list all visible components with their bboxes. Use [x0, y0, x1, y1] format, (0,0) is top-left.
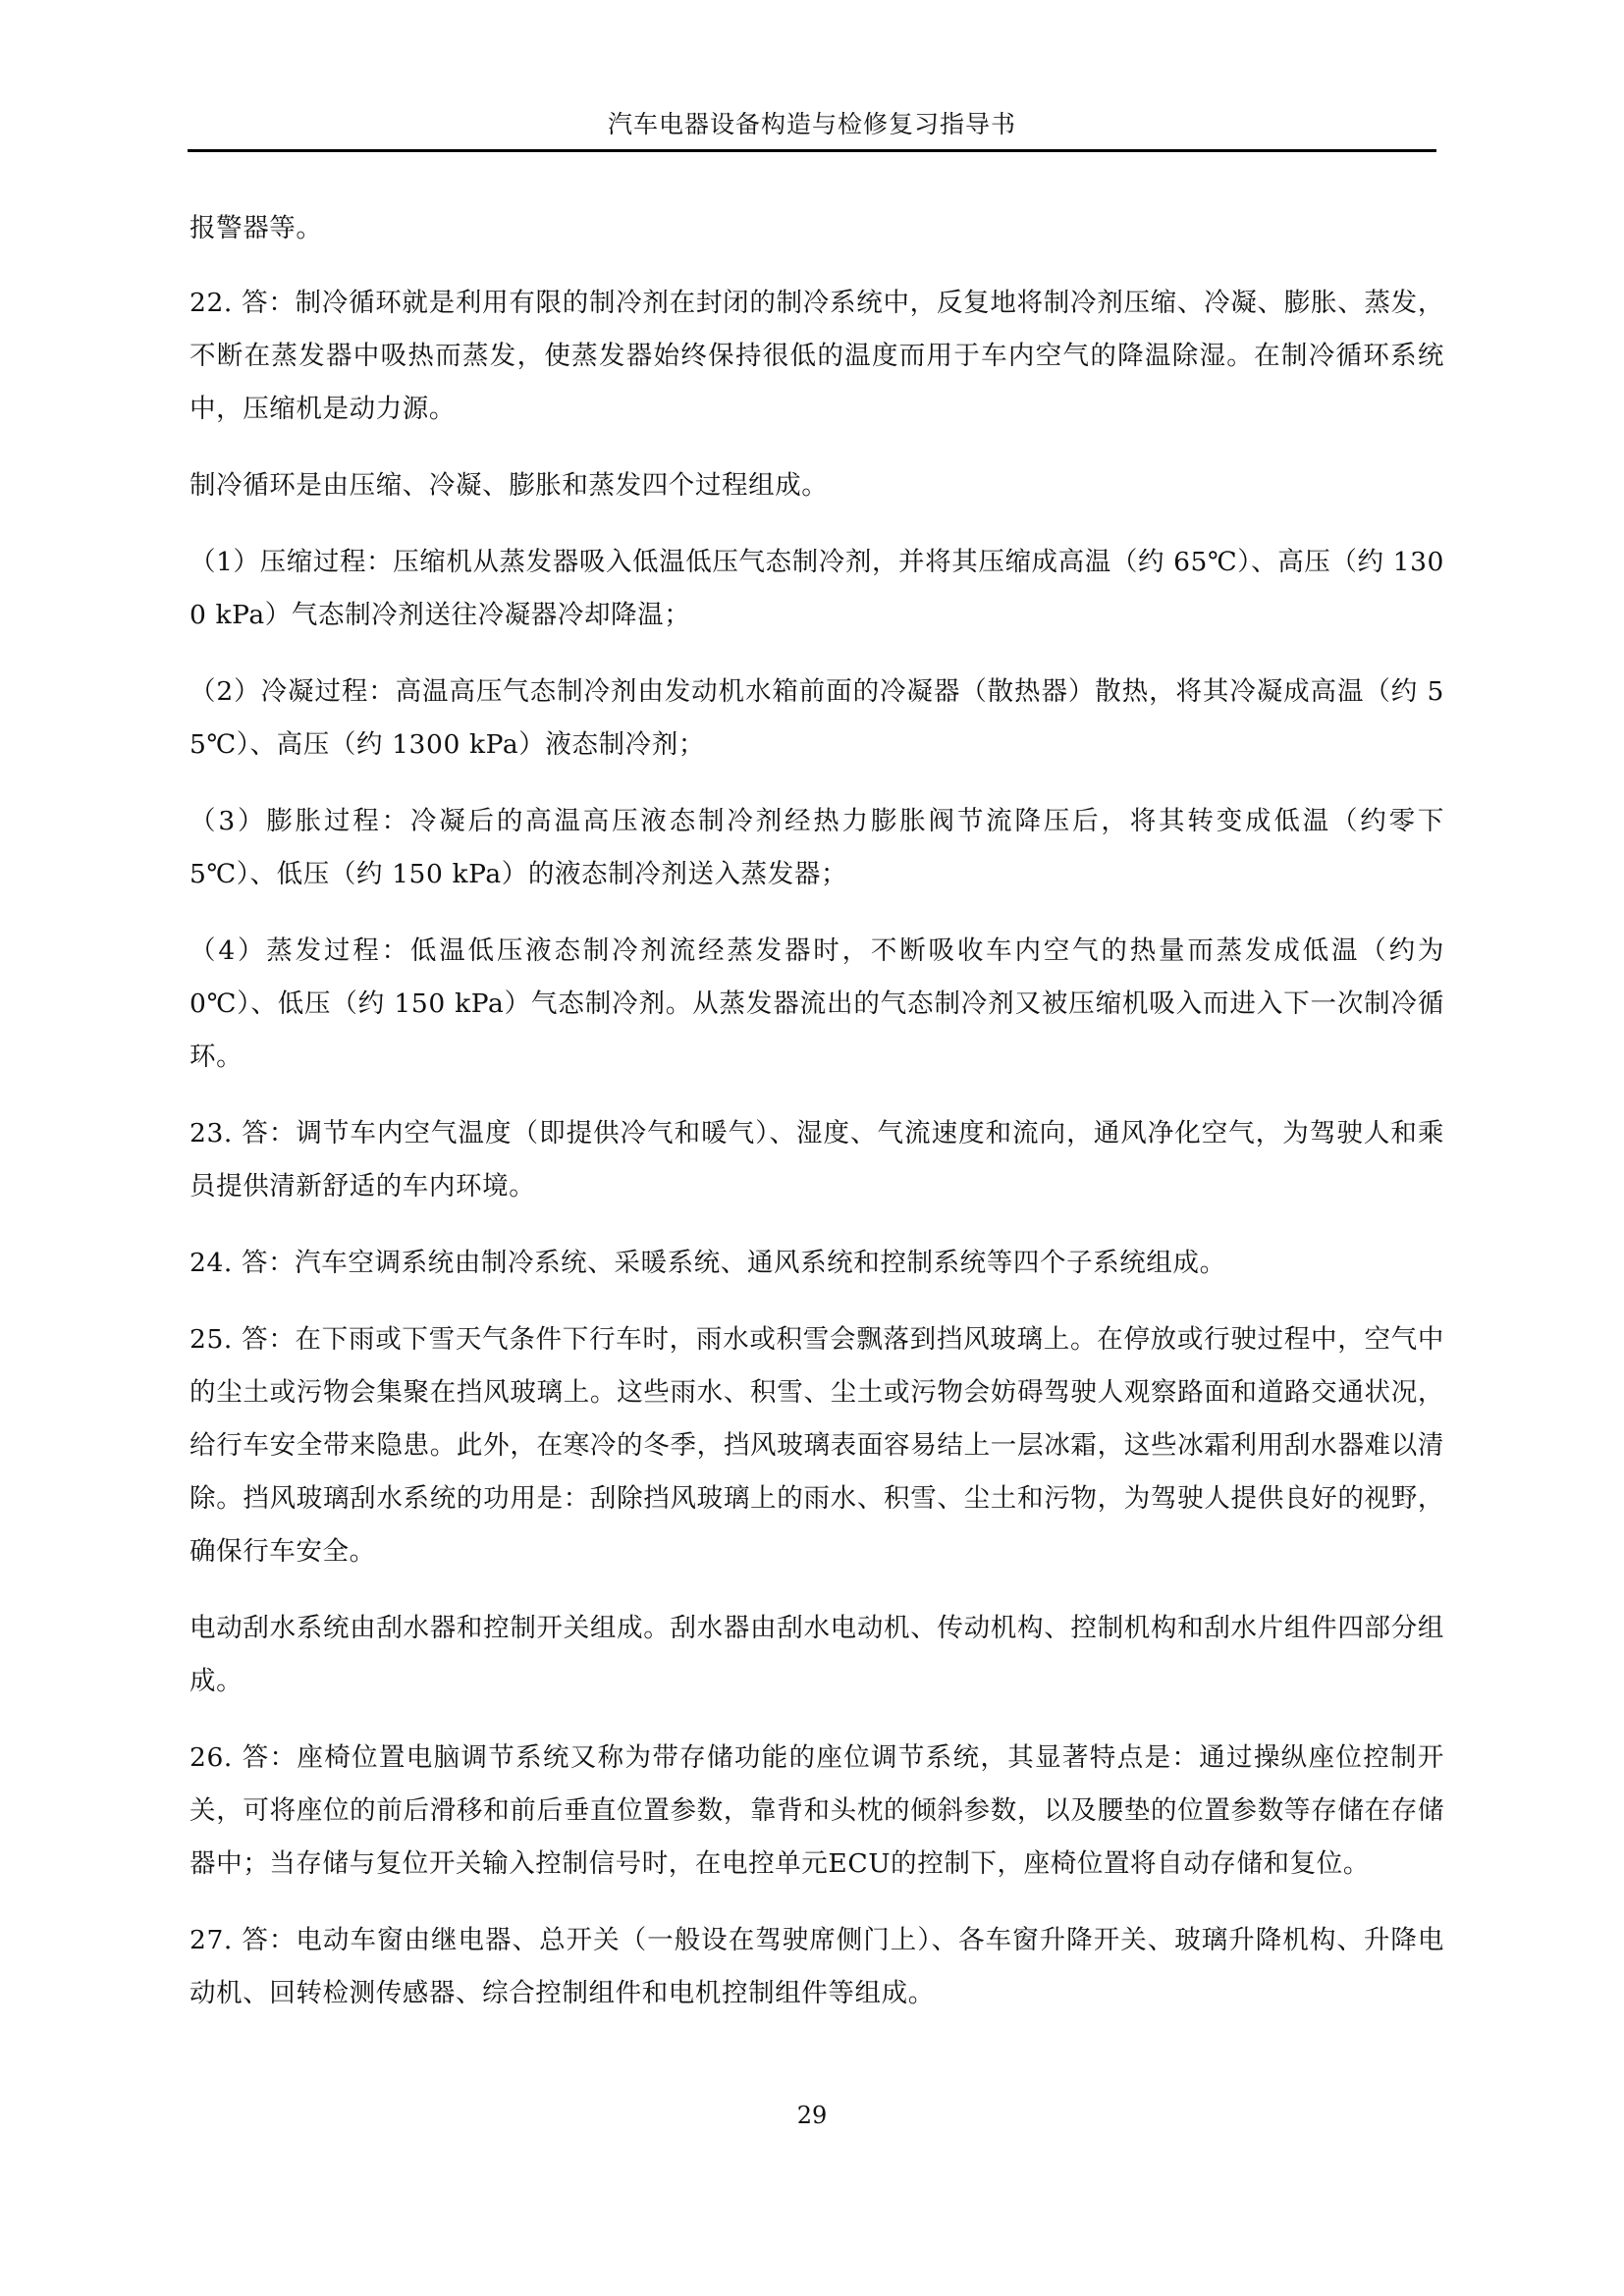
page-body: 报警器等。 22. 答：制冷循环就是利用有限的制冷剂在封闭的制冷系统中，反复地将… [189, 202, 1444, 2044]
answer-22: 22. 答：制冷循环就是利用有限的制冷剂在封闭的制冷系统中，反复地将制冷剂压缩、… [189, 277, 1444, 436]
compression-process: （1）压缩过程：压缩机从蒸发器吸入低温低压气态制冷剂，并将其压缩成高温（约 65… [189, 536, 1444, 642]
answer-26: 26. 答：座椅位置电脑调节系统又称为带存储功能的座位调节系统，其显著特点是：通… [189, 1732, 1444, 1891]
answer-24: 24. 答：汽车空调系统由制冷系统、采暖系统、通风系统和控制系统等四个子系统组成… [189, 1237, 1444, 1290]
answer-25: 25. 答：在下雨或下雪天气条件下行车时，雨水或积雪会飘落到挡风玻璃上。在停放或… [189, 1313, 1444, 1578]
refrigeration-cycle-summary: 制冷循环是由压缩、冷凝、膨胀和蒸发四个过程组成。 [189, 459, 1444, 512]
expansion-process: （3）膨胀过程：冷凝后的高温高压液态制冷剂经热力膨胀阀节流降压后，将其转变成低温… [189, 795, 1444, 901]
wiper-system-composition: 电动刮水系统由刮水器和控制开关组成。刮水器由刮水电动机、传动机构、控制机构和刮水… [189, 1602, 1444, 1708]
evaporation-process: （4）蒸发过程：低温低压液态制冷剂流经蒸发器时，不断吸收车内空气的热量而蒸发成低… [189, 925, 1444, 1084]
answer-27: 27. 答：电动车窗由继电器、总开关（一般设在驾驶席侧门上）、各车窗升降开关、玻… [189, 1914, 1444, 2020]
header-divider [188, 149, 1436, 152]
paragraph-continuation: 报警器等。 [189, 202, 1444, 255]
answer-23: 23. 答：调节车内空气温度（即提供冷气和暖气）、湿度、气流速度和流向，通风净化… [189, 1107, 1444, 1213]
running-header: 汽车电器设备构造与检修复习指导书 [189, 110, 1435, 139]
condensation-process: （2）冷凝过程：高温高压气态制冷剂由发动机水箱前面的冷凝器（散热器）散热，将其冷… [189, 666, 1444, 772]
page-number: 29 [0, 2101, 1624, 2130]
